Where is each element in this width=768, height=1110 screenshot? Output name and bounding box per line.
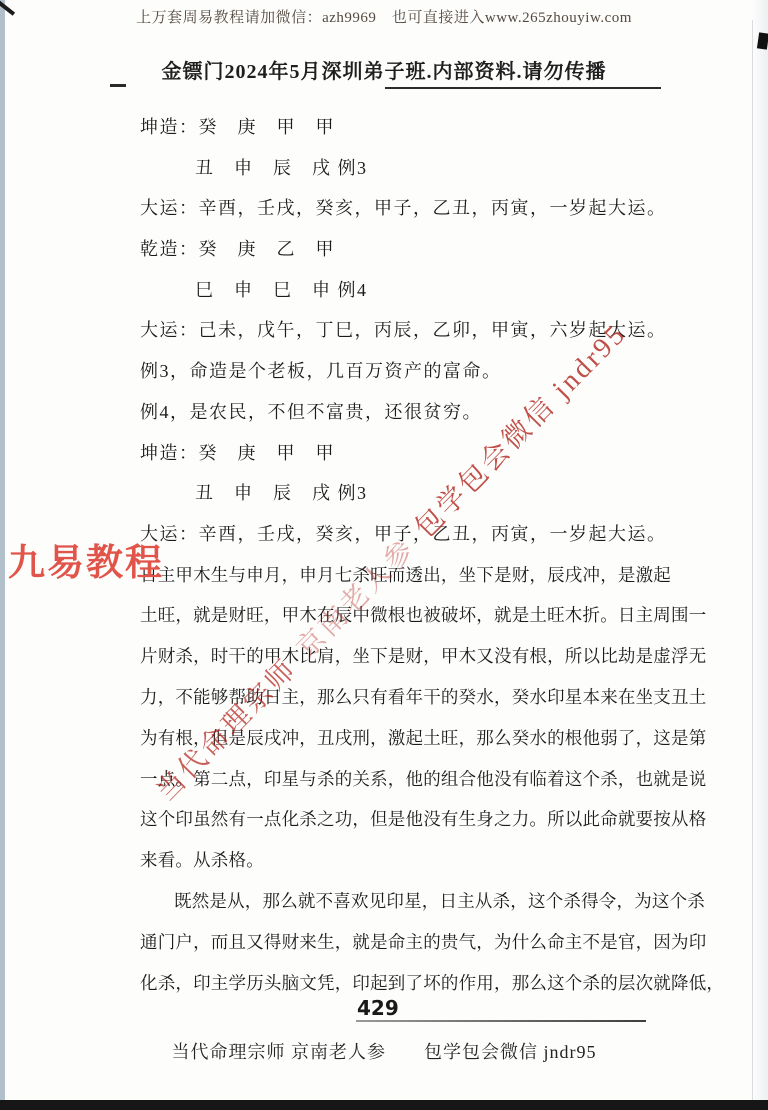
branch-line: 丑 申 辰 戌 例3	[140, 473, 656, 514]
luck-cycle-line: 大运：己未，戊午，丁巳，丙辰，乙卯，甲寅，六岁起大运。	[140, 310, 656, 351]
paragraph-line: 通门户，而且又得财来生，就是命主的贵气，为什么命主不是官，因为印	[140, 922, 656, 963]
example-note: 例4，是农民，不但不富贵，还很贫穷。	[140, 392, 656, 433]
paragraph-line: 土旺，就是财旺，甲木在辰中微根也被破坏，就是土旺木折。日主周围一	[140, 595, 656, 636]
paragraph-line: 片财杀，时干的甲木比肩，坐下是财，甲木又没有根，所以比劫是虚浮无	[140, 636, 656, 677]
title-underline	[385, 87, 661, 89]
luck-cycle-line: 大运：辛酉，壬戌，癸亥，甲子，乙丑，丙寅，一岁起大运。	[140, 514, 656, 555]
paragraph-line: 日主甲木生与申月，申月七杀旺而透出，坐下是财，辰戌冲，是激起	[140, 555, 656, 596]
paragraph-line: 一点。第二点，印星与杀的关系，他的组合他没有临着这个杀，也就是说	[140, 759, 656, 800]
pillar-line: 乾造：癸 庚 乙 甲	[140, 229, 656, 270]
paragraph-line: 为有根，但是辰戌冲，丑戌刑，激起土旺，那么癸水的根他弱了，这是第	[140, 718, 656, 759]
footer-contact: 包学包会微信 jndr95	[424, 1038, 597, 1064]
margin-dash	[110, 84, 126, 87]
scan-bottom-bar	[0, 1100, 768, 1110]
branch-line: 巳 申 巳 申 例4	[140, 270, 656, 311]
brand-watermark: 九易教程	[8, 532, 164, 586]
paper-right-edge	[752, 20, 753, 1100]
paragraph-line: 既然是从，那么就不喜欢见印星，日主从杀，这个杀得令，为这个杀	[140, 881, 656, 922]
example-note: 例3，命造是个老板，几百万资产的富命。	[140, 351, 656, 392]
page-title: 金镖门2024年5月深圳弟子班.内部资料.请勿传播	[0, 55, 768, 84]
page-number: 429	[357, 996, 399, 1020]
branch-line: 丑 申 辰 戌 例3	[140, 148, 656, 189]
header-promo-note: 上万套周易教程请加微信：azh9969 也可直接进入www.265zhouyiw…	[0, 6, 768, 27]
footer: 当代命理宗师 京南老人参 包学包会微信 jndr95	[0, 1038, 768, 1064]
paragraph-line: 来看。从杀格。	[140, 840, 656, 881]
luck-cycle-line: 大运：辛酉，壬戌，癸亥，甲子，乙丑，丙寅，一岁起大运。	[140, 188, 656, 229]
scan-right-artifact	[757, 32, 768, 49]
pillar-line: 坤造：癸 庚 甲 甲	[140, 107, 656, 148]
document-body: 坤造：癸 庚 甲 甲 丑 申 辰 戌 例3 大运：辛酉，壬戌，癸亥，甲子，乙丑，…	[140, 107, 656, 1003]
paragraph-line: 力，不能够帮助日主，那么只有看年干的癸水，癸水印星本来在坐支丑土	[140, 677, 656, 718]
scanned-document-page: 上万套周易教程请加微信：azh9969 也可直接进入www.265zhouyiw…	[0, 0, 768, 1110]
page-number-rule	[356, 1020, 646, 1022]
footer-author: 当代命理宗师 京南老人参	[172, 1038, 387, 1064]
scan-left-strip	[0, 0, 5, 1110]
pillar-line: 坤造：癸 庚 甲 甲	[140, 433, 656, 474]
paragraph-line: 这个印虽然有一点化杀之功，但是他没有生身之力。所以此命就要按从格	[140, 799, 656, 840]
paper-right-shadow	[752, 0, 768, 1110]
